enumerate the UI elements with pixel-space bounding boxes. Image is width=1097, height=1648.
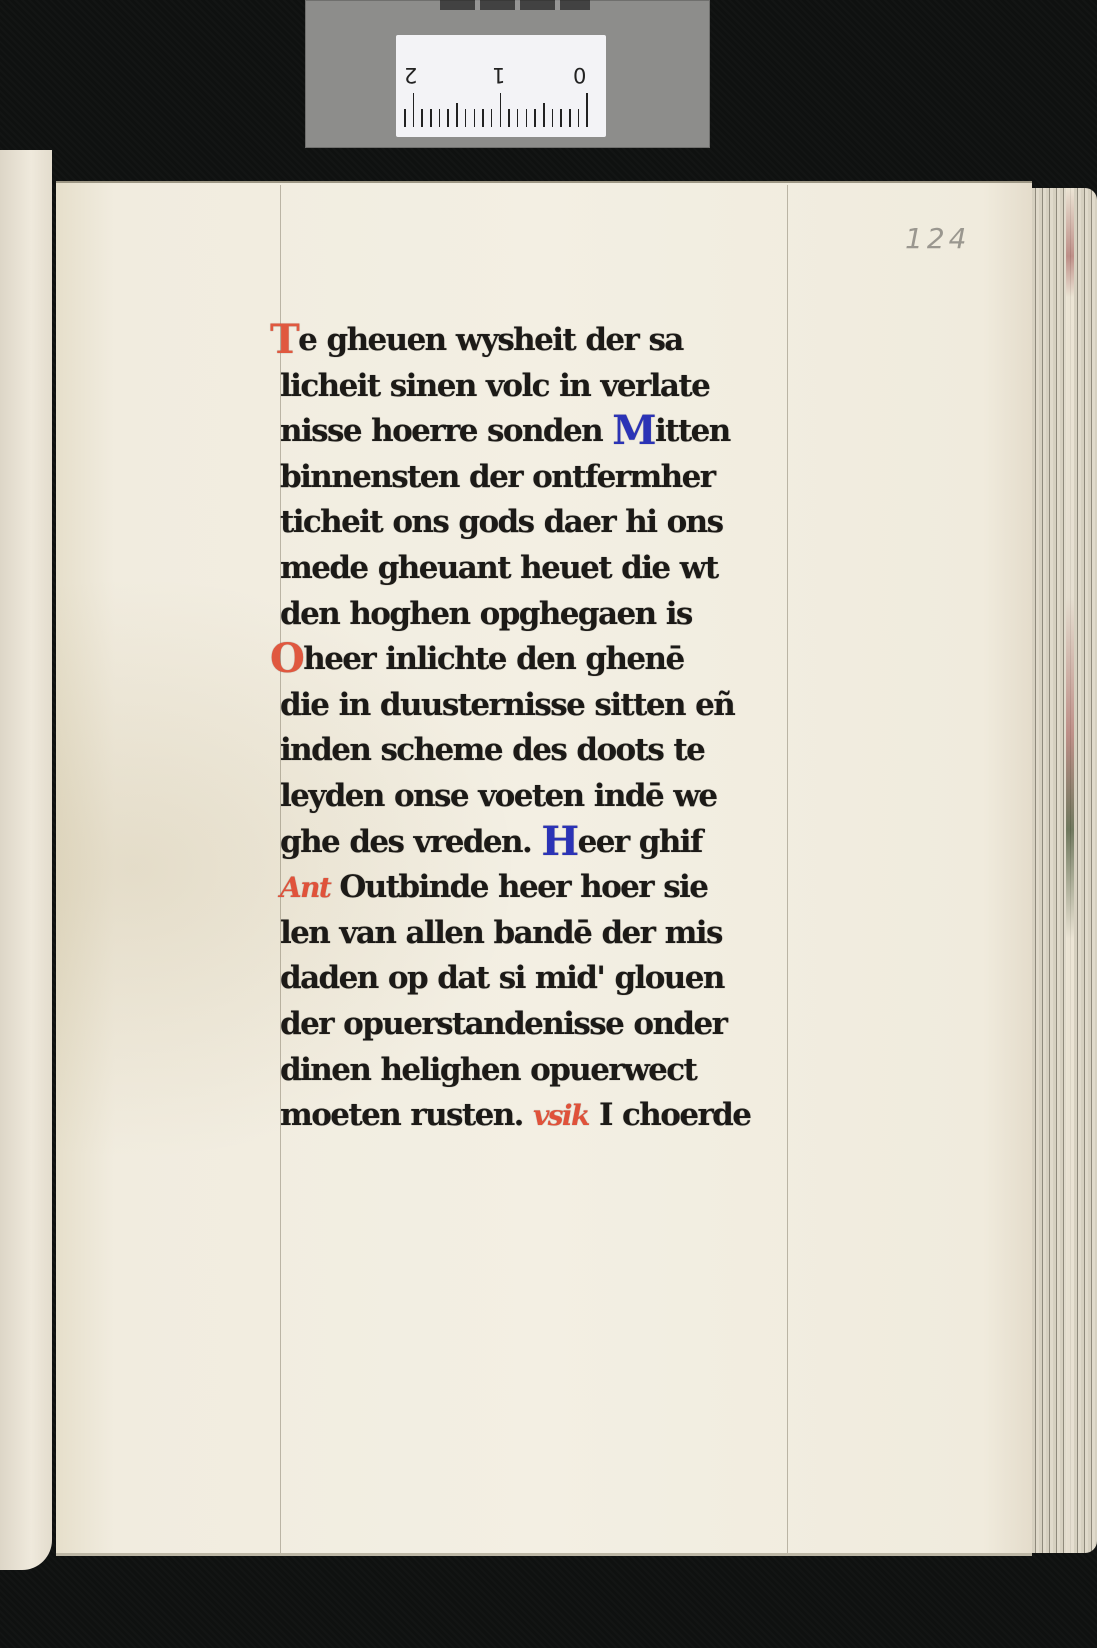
text-line-11: leyden onse voeten indē we <box>280 774 790 820</box>
blue-initial-m: M <box>612 411 655 451</box>
text-line-18: moeten rusten. vsik I choerde <box>280 1093 790 1139</box>
text-line-3: nisse hoerre sonden Mitten <box>280 409 790 455</box>
text-block: Te gheuen wysheit der sa licheit sinen v… <box>280 318 790 1139</box>
text-line-17: dinen helighen opuerwect <box>280 1048 790 1094</box>
text-line-15: daden op dat si mid' glouen <box>280 956 790 1002</box>
folio-number: 124 <box>905 222 970 255</box>
text-line-5: ticheit ons gods daer hi ons <box>280 500 790 546</box>
ruler-label-2: 2 <box>404 63 417 87</box>
centimeter-ruler: 2 1 0 <box>396 35 606 137</box>
ruler-label-1: 1 <box>492 63 505 87</box>
text-line-12: ghe des vreden. Heer ghif <box>280 820 790 866</box>
page-fore-edges <box>1032 188 1097 1553</box>
red-initial-o: O <box>270 639 303 679</box>
text-line-4: binnensten der ontfermher <box>280 455 790 501</box>
text-line-10: inden scheme des doots te <box>280 728 790 774</box>
text-line-1: Te gheuen wysheit der sa <box>280 318 790 364</box>
text-line-8: Oheer inlichte den ghenē <box>280 637 790 683</box>
scale-clip <box>440 0 590 10</box>
text-line-7: den hoghen opghegaen is <box>280 592 790 638</box>
blue-initial-h: H <box>541 822 577 862</box>
text-line-13: Ant Outbinde heer hoer sie <box>280 865 790 911</box>
ruler-label-0: 0 <box>573 63 586 87</box>
rubric-antiphon: Ant <box>280 871 339 904</box>
text-line-16: der opuerstandenisse onder <box>280 1002 790 1048</box>
text-line-6: mede gheuant heuet die wt <box>280 546 790 592</box>
red-initial-t: T <box>270 320 298 360</box>
text-line-14: len van allen bandē der mis <box>280 911 790 957</box>
text-line-2: licheit sinen volc in verlate <box>280 364 790 410</box>
text-line-9: die in duusternisse sitten eñ <box>280 683 790 729</box>
facing-page-edge <box>0 150 52 1570</box>
rubric-versicle: vsik <box>533 1099 589 1132</box>
ruler-ticks <box>404 95 588 127</box>
